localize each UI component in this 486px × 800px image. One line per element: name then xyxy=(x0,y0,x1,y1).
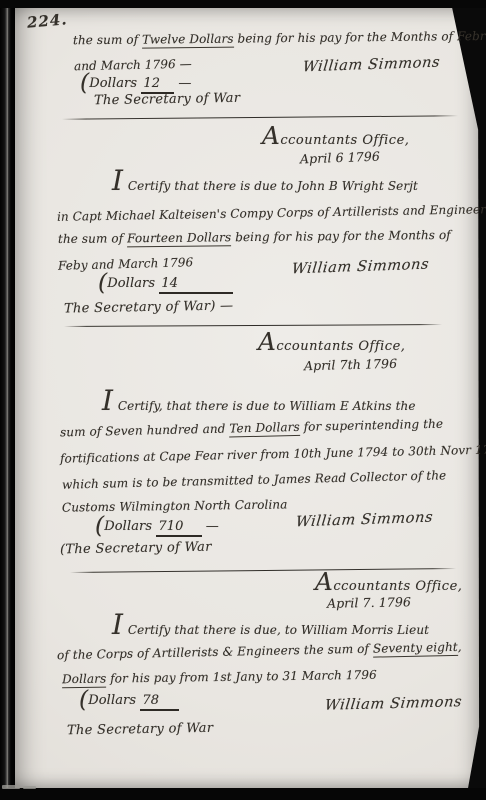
entry-2-office-heading: Accountants Office, xyxy=(262,131,409,148)
entry-2-body-line-1: I Certify that there is due to John B Wr… xyxy=(112,176,418,193)
brace-flourish: ( xyxy=(98,268,107,296)
entry-4-amount: (Dollars 78 xyxy=(79,693,179,708)
book-binding-edge xyxy=(0,0,15,800)
entry-1-amount: (Dollars 12 — xyxy=(80,76,191,91)
page-number: 224. xyxy=(26,12,68,30)
edge-label-smudge xyxy=(23,786,36,789)
scan-bottom-edge xyxy=(0,788,486,800)
entry-1-closing: The Secretary of War xyxy=(94,91,241,109)
edge-label-smudge xyxy=(2,785,20,789)
entry-3-body-line-1: I Certify, that there is due to William … xyxy=(102,396,416,413)
entry-2-closing: The Secretary of War) — xyxy=(64,299,234,317)
brace-flourish: ( xyxy=(80,68,89,96)
entry-4-office-heading: Accountants Office, xyxy=(315,577,462,594)
entry-2-date: April 6 1796 xyxy=(300,149,380,167)
entry-4-date: April 7. 1796 xyxy=(327,594,411,610)
entry-3-closing: (The Secretary of War xyxy=(60,540,212,558)
entry-4-body-line-1: I Certify that there is due, to William … xyxy=(112,620,429,637)
entry-3-amount: (Dollars 710 — xyxy=(95,519,219,534)
entry-3-date: April 7th 1796 xyxy=(304,356,398,373)
brace-flourish: ( xyxy=(95,511,104,539)
entry-4-closing: The Secretary of War xyxy=(67,721,214,739)
brace-flourish: ( xyxy=(79,685,88,713)
scanned-ledger-page: 224. the sum of Twelve Dollars being for… xyxy=(0,0,486,800)
entry-1-body-line-2: and March 1796 — xyxy=(74,57,192,74)
entry-3-office-heading: Accountants Office, xyxy=(258,337,405,354)
entry-2-amount: (Dollars 14 xyxy=(98,276,233,291)
scan-top-edge xyxy=(0,0,486,8)
